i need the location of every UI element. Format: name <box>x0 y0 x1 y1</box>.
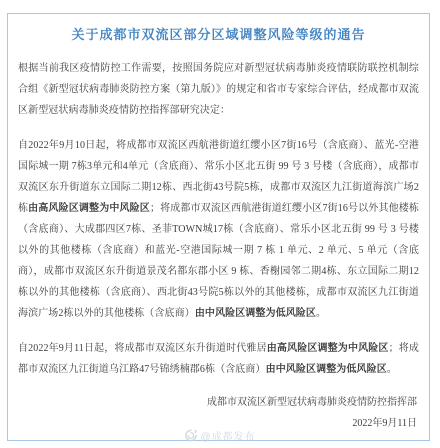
signature-line: 成都市双流区新型冠状病毒肺炎疫情防控指挥部 <box>18 392 419 413</box>
paragraph-intro: 根据当前我区疫情防控工作需要，按照国务院应对新型冠状病毒肺炎疫情联防联控机制综合… <box>18 58 419 121</box>
paragraph-sept10: 自2022年9月10日起，将成都市双流区西航港街道红缨小区7街16号（含底商）、… <box>18 135 419 324</box>
watermark-logo-icon <box>184 429 197 442</box>
watermark: @成都发布 <box>184 428 255 443</box>
watermark-text: @成都发布 <box>200 428 255 443</box>
page-title: 关于成都市双流区部分区域调整风险等级的通告 <box>18 26 419 44</box>
notice-container: 关于成都市双流区部分区域调整风险等级的通告 根据当前我区疫情防控工作需要，按照国… <box>7 13 430 441</box>
paragraph-sept11: 自2022年9月11日起，将成都市双流区东升街道时代雅居由高风险区调整为中风险区… <box>18 338 419 380</box>
